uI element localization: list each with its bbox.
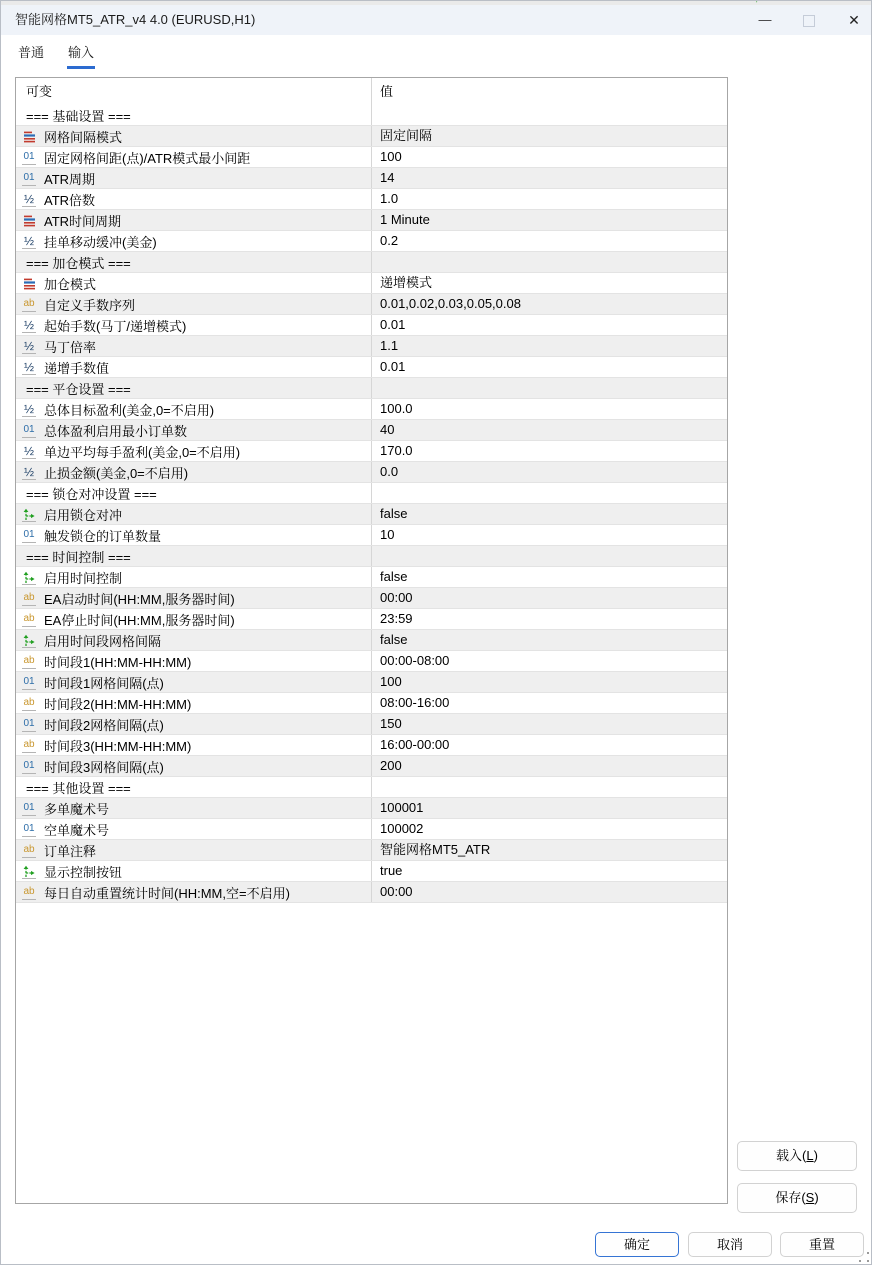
param-name-cell: 网格间隔模式 <box>16 126 371 146</box>
param-value-cell[interactable]: 1 Minute <box>371 210 727 230</box>
tab-common[interactable]: 普通 <box>17 39 45 69</box>
param-name-cell: ½止损金额(美金,0=不启用) <box>16 462 371 482</box>
integer-icon: 01 <box>21 758 37 774</box>
param-value-cell <box>371 777 727 797</box>
param-row[interactable]: ½总体目标盈利(美金,0=不启用)100.0 <box>16 399 727 420</box>
string-icon: ab <box>21 296 37 312</box>
column-header-variable: 可变 <box>16 78 371 105</box>
param-value-cell[interactable]: 14 <box>371 168 727 188</box>
param-row[interactable]: ½马丁倍率1.1 <box>16 336 727 357</box>
section-row: === 其他设置 === <box>16 777 727 798</box>
param-row[interactable]: ½递增手数值0.01 <box>16 357 727 378</box>
param-name-cell: ab订单注释 <box>16 840 371 860</box>
param-value-cell[interactable]: 1.1 <box>371 336 727 356</box>
param-label: 空单魔术号 <box>44 820 109 839</box>
load-button[interactable]: 载入(L) <box>737 1141 857 1171</box>
param-value-cell[interactable]: false <box>371 567 727 587</box>
double-icon: ½ <box>21 233 37 249</box>
param-value-cell[interactable]: 00:00-08:00 <box>371 651 727 671</box>
boolean-icon <box>21 632 37 648</box>
param-label: 自定义手数序列 <box>44 295 135 314</box>
param-value-cell[interactable]: 0.01 <box>371 357 727 377</box>
param-rows: === 基础设置 ===网格间隔模式固定间隔01固定网格间距(点)/ATR模式最… <box>16 105 727 903</box>
param-row[interactable]: 网格间隔模式固定间隔 <box>16 126 727 147</box>
param-label: 起始手数(马丁/递增模式) <box>44 316 186 335</box>
param-name-cell: 01触发锁仓的订单数量 <box>16 525 371 545</box>
param-row[interactable]: 01时间段1网格间隔(点)100 <box>16 672 727 693</box>
maximize-icon <box>803 15 815 27</box>
param-name-cell: ½总体目标盈利(美金,0=不启用) <box>16 399 371 419</box>
section-label: === 其他设置 === <box>26 778 131 797</box>
param-row[interactable]: 启用锁仓对冲false <box>16 504 727 525</box>
param-name-cell: === 其他设置 === <box>16 777 371 797</box>
double-icon: ½ <box>21 443 37 459</box>
double-icon: ½ <box>21 317 37 333</box>
param-value-cell <box>371 105 727 125</box>
param-name-cell: === 平仓设置 === <box>16 378 371 398</box>
param-label: 总体盈利启用最小订单数 <box>44 421 187 440</box>
ok-button[interactable]: 确定 <box>595 1232 679 1257</box>
param-value-cell[interactable]: 0.01,0.02,0.03,0.05,0.08 <box>371 294 727 314</box>
string-icon: ab <box>21 653 37 669</box>
section-label: === 基础设置 === <box>26 106 131 125</box>
param-row[interactable]: abEA启动时间(HH:MM,服务器时间)00:00 <box>16 588 727 609</box>
param-row[interactable]: 显示控制按钮true <box>16 861 727 882</box>
param-name-cell: 显示控制按钮 <box>16 861 371 881</box>
tab-inputs[interactable]: 输入 <box>67 39 95 69</box>
param-value-cell <box>371 546 727 566</box>
param-label: 网格间隔模式 <box>44 127 122 146</box>
string-icon: ab <box>21 884 37 900</box>
background-window-text: ⁞⁞⁞ <box>771 1 779 4</box>
string-icon: ab <box>21 695 37 711</box>
param-name-cell: 01总体盈利启用最小订单数 <box>16 420 371 440</box>
param-row[interactable]: ab时间段2(HH:MM-HH:MM)08:00-16:00 <box>16 693 727 714</box>
integer-icon: 01 <box>21 821 37 837</box>
param-label: 时间段3(HH:MM-HH:MM) <box>44 736 191 755</box>
param-value-cell[interactable]: 150 <box>371 714 727 734</box>
param-row[interactable]: 01触发锁仓的订单数量10 <box>16 525 727 546</box>
param-label: EA启动时间(HH:MM,服务器时间) <box>44 589 235 608</box>
param-label: 时间段1网格间隔(点) <box>44 673 164 692</box>
enum-list-icon <box>21 128 37 144</box>
param-value-cell[interactable]: 固定间隔 <box>371 126 727 146</box>
param-name-cell: 01ATR周期 <box>16 168 371 188</box>
param-value-cell[interactable]: 170.0 <box>371 441 727 461</box>
integer-icon: 01 <box>21 149 37 165</box>
ea-inputs-dialog: EURUSD,H1 ⁞⁞⁞ 智能网格MT5_ATR_v4 4.0 (EURUSD… <box>0 0 872 1265</box>
param-value-cell[interactable]: 0.2 <box>371 231 727 251</box>
parameters-table: 可变 值 === 基础设置 ===网格间隔模式固定间隔01固定网格间距(点)/A… <box>15 77 728 1204</box>
param-label: 止损金额(美金,0=不启用) <box>44 463 188 482</box>
enum-list-icon <box>21 212 37 228</box>
section-row: === 时间控制 === <box>16 546 727 567</box>
param-name-cell: 启用时间控制 <box>16 567 371 587</box>
boolean-icon <box>21 863 37 879</box>
window-title: 智能网格MT5_ATR_v4 4.0 (EURUSD,H1) <box>15 5 255 35</box>
param-label: ATR周期 <box>44 169 95 188</box>
param-label: 单边平均每手盈利(美金,0=不启用) <box>44 442 240 461</box>
param-name-cell: abEA启动时间(HH:MM,服务器时间) <box>16 588 371 608</box>
param-value-cell <box>371 252 727 272</box>
param-name-cell: === 时间控制 === <box>16 546 371 566</box>
param-label: 时间段2(HH:MM-HH:MM) <box>44 694 191 713</box>
param-label: 时间段1(HH:MM-HH:MM) <box>44 652 191 671</box>
param-name-cell: 01时间段3网格间隔(点) <box>16 756 371 776</box>
section-row: === 加仓模式 === <box>16 252 727 273</box>
cancel-button[interactable]: 取消 <box>688 1232 772 1257</box>
reset-button[interactable]: 重置 <box>780 1232 864 1257</box>
param-name-cell: abEA停止时间(HH:MM,服务器时间) <box>16 609 371 629</box>
titlebar: 智能网格MT5_ATR_v4 4.0 (EURUSD,H1) — ✕ <box>1 5 871 35</box>
param-row[interactable]: ab自定义手数序列0.01,0.02,0.03,0.05,0.08 <box>16 294 727 315</box>
param-label: 启用时间控制 <box>44 568 122 587</box>
string-icon: ab <box>21 611 37 627</box>
double-icon: ½ <box>21 338 37 354</box>
param-name-cell: 01时间段1网格间隔(点) <box>16 672 371 692</box>
param-row[interactable]: 启用时间段网格间隔false <box>16 630 727 651</box>
enum-list-icon <box>21 275 37 291</box>
param-name-cell: ½起始手数(马丁/递增模式) <box>16 315 371 335</box>
param-label: 启用锁仓对冲 <box>44 505 122 524</box>
param-value-cell[interactable]: 递增模式 <box>371 273 727 293</box>
param-value-cell[interactable]: 100 <box>371 672 727 692</box>
param-value-cell[interactable]: 00:00 <box>371 588 727 608</box>
minimize-button[interactable]: — <box>750 5 780 35</box>
close-button[interactable]: ✕ <box>839 5 869 35</box>
param-row[interactable]: ab订单注释智能网格MT5_ATR <box>16 840 727 861</box>
param-label: ATR倍数 <box>44 190 95 209</box>
param-value-cell[interactable]: 23:59 <box>371 609 727 629</box>
param-row[interactable]: ab时间段3(HH:MM-HH:MM)16:00-00:00 <box>16 735 727 756</box>
param-value-cell[interactable]: 40 <box>371 420 727 440</box>
string-icon: ab <box>21 590 37 606</box>
param-name-cell: ab时间段2(HH:MM-HH:MM) <box>16 693 371 713</box>
double-icon: ½ <box>21 191 37 207</box>
string-icon: ab <box>21 842 37 858</box>
column-header-value: 值 <box>371 78 727 105</box>
param-label: 递增手数值 <box>44 358 109 377</box>
param-row[interactable]: ½单边平均每手盈利(美金,0=不启用)170.0 <box>16 441 727 462</box>
double-icon: ½ <box>21 401 37 417</box>
boolean-icon <box>21 506 37 522</box>
param-label: 时间段2网格间隔(点) <box>44 715 164 734</box>
double-icon: ½ <box>21 464 37 480</box>
param-name-cell: ½递增手数值 <box>16 357 371 377</box>
param-name-cell: 01固定网格间距(点)/ATR模式最小间距 <box>16 147 371 167</box>
section-label: === 时间控制 === <box>26 547 131 566</box>
param-label: 每日自动重置统计时间(HH:MM,空=不启用) <box>44 883 290 902</box>
section-label: === 平仓设置 === <box>26 379 131 398</box>
param-row[interactable]: 01时间段3网格间隔(点)200 <box>16 756 727 777</box>
section-row: === 基础设置 === <box>16 105 727 126</box>
param-name-cell: ATR时间周期 <box>16 210 371 230</box>
maximize-button <box>794 5 824 35</box>
param-name-cell: 加仓模式 <box>16 273 371 293</box>
param-name-cell: ab时间段3(HH:MM-HH:MM) <box>16 735 371 755</box>
integer-icon: 01 <box>21 170 37 186</box>
save-button[interactable]: 保存(S) <box>737 1183 857 1213</box>
param-name-cell: === 锁仓对冲设置 === <box>16 483 371 503</box>
param-value-cell[interactable]: 100 <box>371 147 727 167</box>
param-value-cell[interactable]: 智能网格MT5_ATR <box>371 840 727 860</box>
table-header: 可变 值 <box>16 78 727 105</box>
param-name-cell: ab每日自动重置统计时间(HH:MM,空=不启用) <box>16 882 371 902</box>
param-value-cell[interactable]: 00:00 <box>371 882 727 902</box>
param-value-cell[interactable]: 200 <box>371 756 727 776</box>
param-row[interactable]: 01ATR周期14 <box>16 168 727 189</box>
param-value-cell[interactable]: true <box>371 861 727 881</box>
section-label: === 锁仓对冲设置 === <box>26 484 157 503</box>
param-value-cell[interactable]: 16:00-00:00 <box>371 735 727 755</box>
param-value-cell <box>371 378 727 398</box>
param-label: 挂单移动缓冲(美金) <box>44 232 157 251</box>
param-value-cell[interactable]: 0.01 <box>371 315 727 335</box>
param-value-cell[interactable]: 08:00-16:00 <box>371 693 727 713</box>
param-label: 启用时间段网格间隔 <box>44 631 161 650</box>
param-row[interactable]: 01固定网格间距(点)/ATR模式最小间距100 <box>16 147 727 168</box>
integer-icon: 01 <box>21 422 37 438</box>
param-name-cell: 启用时间段网格间隔 <box>16 630 371 650</box>
param-row[interactable]: 加仓模式递增模式 <box>16 273 727 294</box>
param-label: 加仓模式 <box>44 274 96 293</box>
param-label: 多单魔术号 <box>44 799 109 818</box>
param-name-cell: === 基础设置 === <box>16 105 371 125</box>
resize-grip[interactable] <box>859 1252 869 1262</box>
param-label: 总体目标盈利(美金,0=不启用) <box>44 400 214 419</box>
param-row[interactable]: ab时间段1(HH:MM-HH:MM)00:00-08:00 <box>16 651 727 672</box>
string-icon: ab <box>21 737 37 753</box>
param-label: 订单注释 <box>44 841 96 860</box>
param-name-cell: === 加仓模式 === <box>16 252 371 272</box>
param-name-cell: ½ATR倍数 <box>16 189 371 209</box>
param-name-cell: ½单边平均每手盈利(美金,0=不启用) <box>16 441 371 461</box>
param-row[interactable]: 01时间段2网格间隔(点)150 <box>16 714 727 735</box>
param-row[interactable]: 01空单魔术号100002 <box>16 819 727 840</box>
integer-icon: 01 <box>21 674 37 690</box>
param-label: 显示控制按钮 <box>44 862 122 881</box>
param-row[interactable]: 01多单魔术号100001 <box>16 798 727 819</box>
param-value-cell[interactable]: false <box>371 504 727 524</box>
param-name-cell: 01多单魔术号 <box>16 798 371 818</box>
param-row[interactable]: ab每日自动重置统计时间(HH:MM,空=不启用)00:00 <box>16 882 727 903</box>
param-value-cell[interactable]: 0.0 <box>371 462 727 482</box>
section-row: === 锁仓对冲设置 === <box>16 483 727 504</box>
param-row[interactable]: abEA停止时间(HH:MM,服务器时间)23:59 <box>16 609 727 630</box>
section-label: === 加仓模式 === <box>26 253 131 272</box>
param-value-cell[interactable]: 100001 <box>371 798 727 818</box>
integer-icon: 01 <box>21 716 37 732</box>
tab-bar: 普通 输入 <box>17 39 95 71</box>
param-row[interactable]: ATR时间周期1 Minute <box>16 210 727 231</box>
double-icon: ½ <box>21 359 37 375</box>
param-value-cell[interactable]: 1.0 <box>371 189 727 209</box>
param-row[interactable]: 01总体盈利启用最小订单数40 <box>16 420 727 441</box>
param-value-cell[interactable]: 100002 <box>371 819 727 839</box>
param-row[interactable]: ½挂单移动缓冲(美金)0.2 <box>16 231 727 252</box>
param-label: EA停止时间(HH:MM,服务器时间) <box>44 610 235 629</box>
param-name-cell: ab自定义手数序列 <box>16 294 371 314</box>
integer-icon: 01 <box>21 800 37 816</box>
integer-icon: 01 <box>21 527 37 543</box>
param-label: 触发锁仓的订单数量 <box>44 526 161 545</box>
param-row[interactable]: ½止损金额(美金,0=不启用)0.0 <box>16 462 727 483</box>
boolean-icon <box>21 569 37 585</box>
param-value-cell[interactable]: 100.0 <box>371 399 727 419</box>
param-row[interactable]: ½ATR倍数1.0 <box>16 189 727 210</box>
param-value-cell[interactable]: 10 <box>371 525 727 545</box>
param-name-cell: ½挂单移动缓冲(美金) <box>16 231 371 251</box>
param-row[interactable]: 启用时间控制false <box>16 567 727 588</box>
param-label: ATR时间周期 <box>44 211 121 230</box>
param-name-cell: ab时间段1(HH:MM-HH:MM) <box>16 651 371 671</box>
background-chart-tab-label: EURUSD,H1 <box>713 1 771 4</box>
param-name-cell: 启用锁仓对冲 <box>16 504 371 524</box>
param-row[interactable]: ½起始手数(马丁/递增模式)0.01 <box>16 315 727 336</box>
param-name-cell: ½马丁倍率 <box>16 336 371 356</box>
param-label: 固定网格间距(点)/ATR模式最小间距 <box>44 148 250 167</box>
param-name-cell: 01空单魔术号 <box>16 819 371 839</box>
param-label: 时间段3网格间隔(点) <box>44 757 164 776</box>
param-name-cell: 01时间段2网格间隔(点) <box>16 714 371 734</box>
param-value-cell[interactable]: false <box>371 630 727 650</box>
param-value-cell <box>371 483 727 503</box>
section-row: === 平仓设置 === <box>16 378 727 399</box>
param-label: 马丁倍率 <box>44 337 96 356</box>
